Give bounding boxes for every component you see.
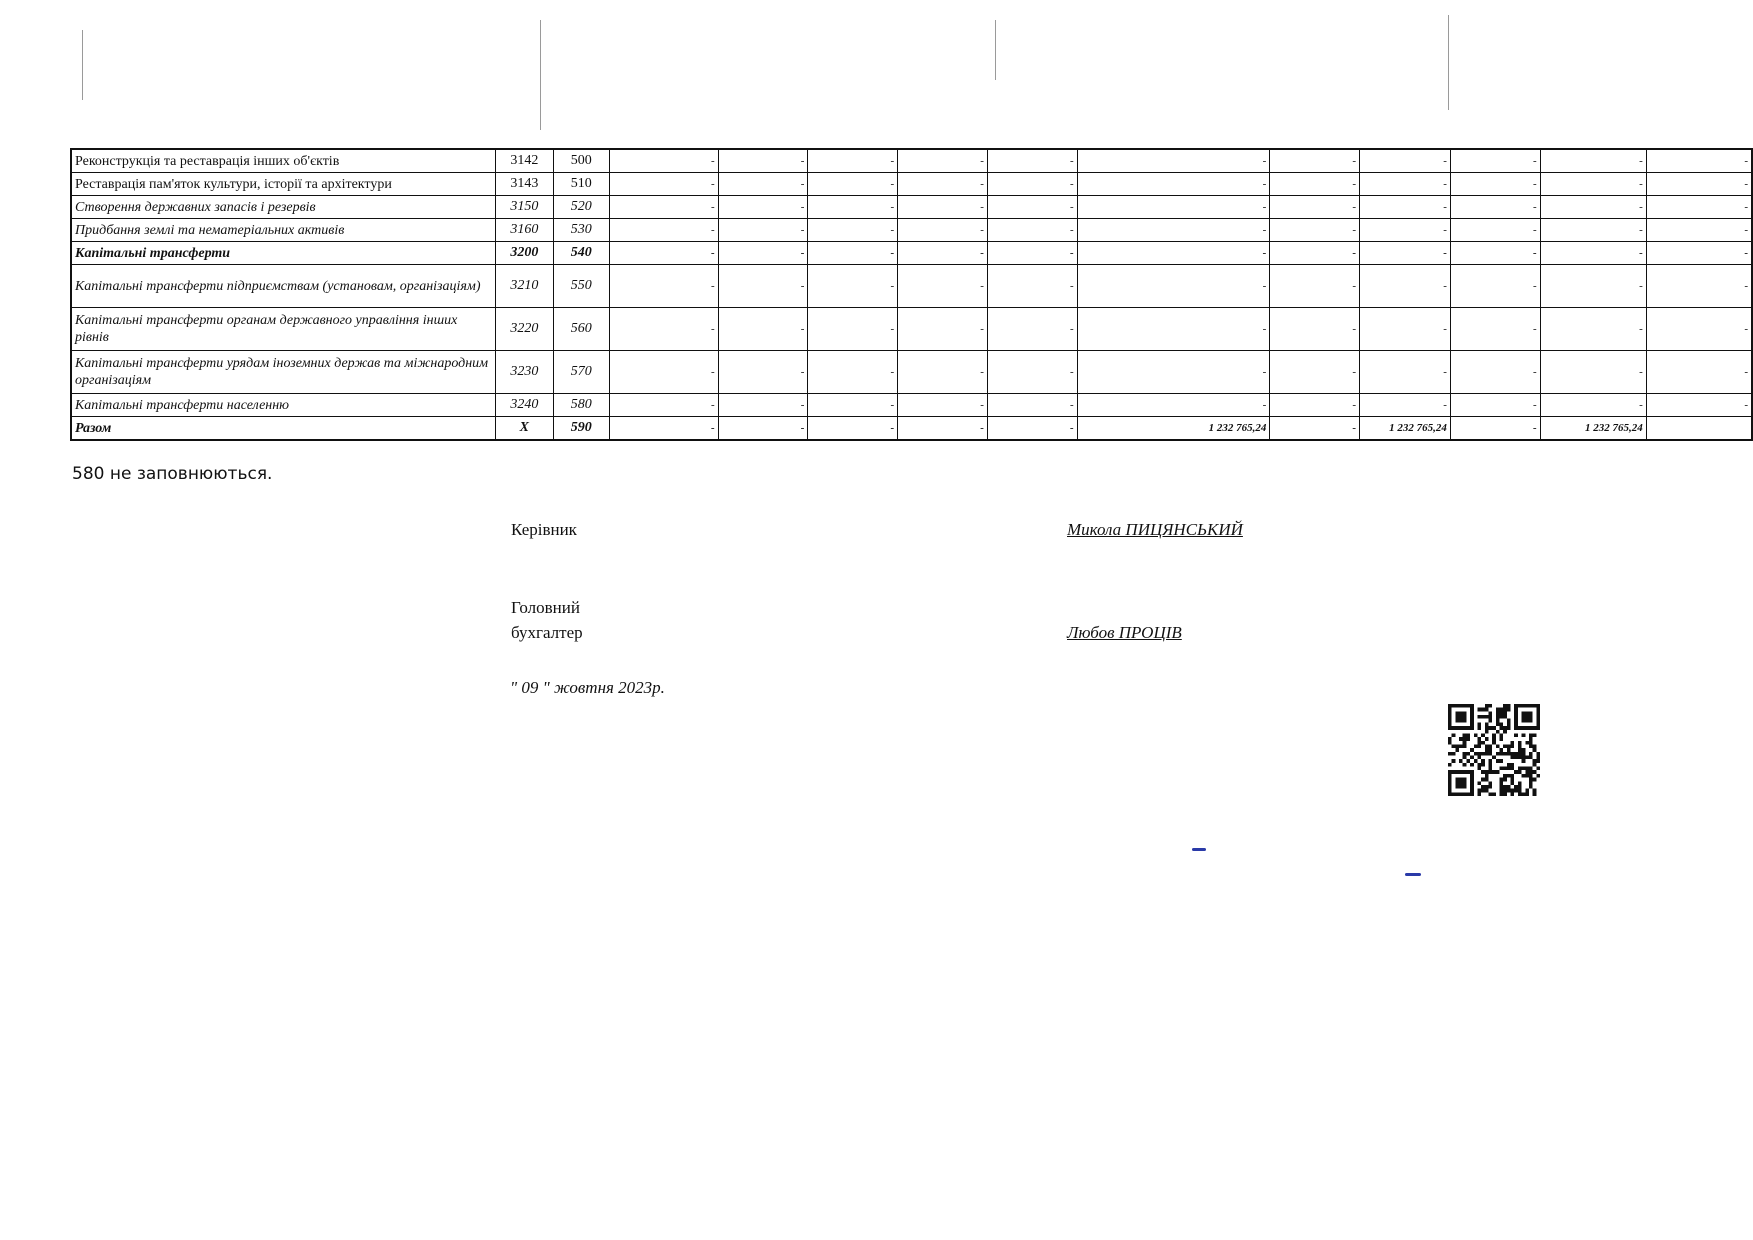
accountant-name: Любов ПРОЦІВ xyxy=(1067,623,1182,643)
head-title: Керівник xyxy=(511,520,577,540)
table-row: Створення державних запасів і резервів31… xyxy=(71,196,1752,219)
value-cell: - xyxy=(1270,351,1360,394)
value-cell: - xyxy=(1270,265,1360,308)
table-row: Капітальні трансферти підприємствам (уст… xyxy=(71,265,1752,308)
value-cell: - xyxy=(1270,149,1360,173)
value-cell: - xyxy=(718,219,808,242)
value-cell: - xyxy=(987,173,1077,196)
value-cell: - xyxy=(1270,219,1360,242)
value-cell: - xyxy=(1540,242,1646,265)
value-cell: - xyxy=(1450,149,1540,173)
value-cell: - xyxy=(1077,242,1270,265)
value-cell: - xyxy=(1646,196,1752,219)
row-label: Капітальні трансферти урядам іноземних д… xyxy=(71,351,495,394)
line-code: 570 xyxy=(553,351,609,394)
ink-mark xyxy=(1192,848,1206,851)
value-cell: - xyxy=(1077,351,1270,394)
accountant-title-line1: Головний xyxy=(511,598,580,618)
value-cell: - xyxy=(1270,196,1360,219)
accountant-title-line2: бухгалтер xyxy=(511,623,583,643)
row-label: Реставрація пам'яток культури, історії т… xyxy=(71,173,495,196)
table-row: РазомХ590-----1 232 765,24-1 232 765,24-… xyxy=(71,417,1752,441)
value-cell: - xyxy=(1360,265,1451,308)
value-cell: - xyxy=(1540,219,1646,242)
row-label: Придбання землі та нематеріальних активі… xyxy=(71,219,495,242)
scan-artifact xyxy=(995,20,996,80)
line-code: 550 xyxy=(553,265,609,308)
value-cell: - xyxy=(718,173,808,196)
value-cell: - xyxy=(1077,265,1270,308)
value-cell: - xyxy=(898,219,988,242)
kekv-code: 3220 xyxy=(495,308,553,351)
value-cell: - xyxy=(1077,394,1270,417)
line-code: 580 xyxy=(553,394,609,417)
value-cell: - xyxy=(1077,308,1270,351)
value-cell: - xyxy=(1270,394,1360,417)
value-cell: - xyxy=(1450,351,1540,394)
value-cell: - xyxy=(718,149,808,173)
value-cell: - xyxy=(898,308,988,351)
value-cell: - xyxy=(1540,308,1646,351)
value-cell: - xyxy=(987,417,1077,441)
value-cell: - xyxy=(1360,149,1451,173)
scan-artifact xyxy=(82,30,83,100)
value-cell: - xyxy=(1360,394,1451,417)
table-row: Капітальні трансферти органам державного… xyxy=(71,308,1752,351)
line-code: 500 xyxy=(553,149,609,173)
value-cell: - xyxy=(1360,242,1451,265)
value-cell: - xyxy=(718,196,808,219)
value-cell: - xyxy=(609,219,718,242)
kekv-code: 3240 xyxy=(495,394,553,417)
value-cell: - xyxy=(808,394,898,417)
document-date: " 09 " жовтня 2023р. xyxy=(510,678,665,698)
value-cell: - xyxy=(1360,196,1451,219)
value-cell: - xyxy=(1540,351,1646,394)
value-cell: 1 232 765,24 xyxy=(1360,417,1451,441)
footnote: 580 не заповнюються. xyxy=(72,464,272,484)
value-cell: - xyxy=(1360,173,1451,196)
value-cell: - xyxy=(1646,242,1752,265)
value-cell: - xyxy=(1646,394,1752,417)
value-cell: - xyxy=(987,265,1077,308)
line-code: 540 xyxy=(553,242,609,265)
value-cell: - xyxy=(1360,308,1451,351)
value-cell: - xyxy=(609,149,718,173)
kekv-code: Х xyxy=(495,417,553,441)
value-cell: - xyxy=(1450,308,1540,351)
value-cell: - xyxy=(609,173,718,196)
value-cell: - xyxy=(718,351,808,394)
value-cell: - xyxy=(609,417,718,441)
value-cell: - xyxy=(1450,394,1540,417)
line-code: 560 xyxy=(553,308,609,351)
value-cell: - xyxy=(808,149,898,173)
value-cell: - xyxy=(1360,219,1451,242)
table-row: Реставрація пам'яток культури, історії т… xyxy=(71,173,1752,196)
value-cell: - xyxy=(1540,265,1646,308)
capital-expenditure-table: Реконструкція та реставрація інших об'єк… xyxy=(70,148,1753,441)
value-cell: - xyxy=(1646,219,1752,242)
value-cell: - xyxy=(1540,394,1646,417)
value-cell: - xyxy=(898,242,988,265)
value-cell: - xyxy=(718,417,808,441)
value-cell: - xyxy=(1270,173,1360,196)
value-cell: - xyxy=(1077,173,1270,196)
value-cell: - xyxy=(718,265,808,308)
head-name: Микола ПИЦЯНСЬКИЙ xyxy=(1067,520,1243,540)
row-label: Капітальні трансферти xyxy=(71,242,495,265)
value-cell: - xyxy=(808,242,898,265)
value-cell: - xyxy=(1450,173,1540,196)
value-cell: - xyxy=(718,394,808,417)
value-cell: - xyxy=(609,308,718,351)
value-cell: - xyxy=(1646,308,1752,351)
value-cell: - xyxy=(898,265,988,308)
value-cell: - xyxy=(1450,417,1540,441)
value-cell: - xyxy=(609,351,718,394)
scan-artifact xyxy=(1448,15,1449,110)
row-label: Створення державних запасів і резервів xyxy=(71,196,495,219)
kekv-code: 3142 xyxy=(495,149,553,173)
value-cell: - xyxy=(1450,219,1540,242)
value-cell: - xyxy=(898,417,988,441)
value-cell: - xyxy=(987,242,1077,265)
value-cell: - xyxy=(898,196,988,219)
line-code: 520 xyxy=(553,196,609,219)
value-cell: - xyxy=(1540,149,1646,173)
value-cell: - xyxy=(987,308,1077,351)
value-cell: - xyxy=(1077,149,1270,173)
value-cell: - xyxy=(609,265,718,308)
value-cell: - xyxy=(808,417,898,441)
value-cell: - xyxy=(987,219,1077,242)
kekv-code: 3143 xyxy=(495,173,553,196)
value-cell: - xyxy=(987,394,1077,417)
row-label: Реконструкція та реставрація інших об'єк… xyxy=(71,149,495,173)
value-cell: - xyxy=(987,351,1077,394)
value-cell: - xyxy=(1077,196,1270,219)
value-cell: - xyxy=(987,196,1077,219)
value-cell: - xyxy=(898,149,988,173)
value-cell: - xyxy=(808,265,898,308)
value-cell: - xyxy=(898,173,988,196)
table-row: Реконструкція та реставрація інших об'єк… xyxy=(71,149,1752,173)
value-cell: 1 232 765,24 xyxy=(1077,417,1270,441)
value-cell: - xyxy=(609,242,718,265)
value-cell: - xyxy=(1270,417,1360,441)
value-cell: - xyxy=(1646,149,1752,173)
value-cell: - xyxy=(808,219,898,242)
scan-artifact xyxy=(540,20,541,130)
value-cell: - xyxy=(898,394,988,417)
row-label: Разом xyxy=(71,417,495,441)
value-cell: - xyxy=(1270,242,1360,265)
value-cell: - xyxy=(808,308,898,351)
value-cell: - xyxy=(808,196,898,219)
table-row: Капітальні трансферти3200540----------- xyxy=(71,242,1752,265)
value-cell: - xyxy=(1360,351,1451,394)
value-cell: - xyxy=(1646,351,1752,394)
table-row: Придбання землі та нематеріальних активі… xyxy=(71,219,1752,242)
value-cell: - xyxy=(1540,173,1646,196)
kekv-code: 3210 xyxy=(495,265,553,308)
line-code: 510 xyxy=(553,173,609,196)
kekv-code: 3160 xyxy=(495,219,553,242)
kekv-code: 3150 xyxy=(495,196,553,219)
value-cell: - xyxy=(1270,308,1360,351)
value-cell: - xyxy=(1646,173,1752,196)
qr-code-icon xyxy=(1448,704,1540,796)
kekv-code: 3230 xyxy=(495,351,553,394)
ink-mark xyxy=(1405,873,1421,876)
value-cell: - xyxy=(609,196,718,219)
value-cell: - xyxy=(808,173,898,196)
value-cell: - xyxy=(1450,242,1540,265)
value-cell: - xyxy=(1646,265,1752,308)
value-cell: - xyxy=(987,149,1077,173)
value-cell: - xyxy=(1450,265,1540,308)
value-cell: 1 232 765,24 xyxy=(1540,417,1646,441)
table-row: Капітальні трансферти населенню3240580--… xyxy=(71,394,1752,417)
row-label: Капітальні трансферти органам державного… xyxy=(71,308,495,351)
value-cell: - xyxy=(718,242,808,265)
value-cell: - xyxy=(609,394,718,417)
value-cell: - xyxy=(1077,219,1270,242)
value-cell: - xyxy=(898,351,988,394)
row-label: Капітальні трансферти підприємствам (уст… xyxy=(71,265,495,308)
line-code: 590 xyxy=(553,417,609,441)
row-label: Капітальні трансферти населенню xyxy=(71,394,495,417)
value-cell: - xyxy=(808,351,898,394)
value-cell: - xyxy=(718,308,808,351)
value-cell: - xyxy=(1450,196,1540,219)
kekv-code: 3200 xyxy=(495,242,553,265)
value-cell: - xyxy=(1540,196,1646,219)
line-code: 530 xyxy=(553,219,609,242)
table-row: Капітальні трансферти урядам іноземних д… xyxy=(71,351,1752,394)
